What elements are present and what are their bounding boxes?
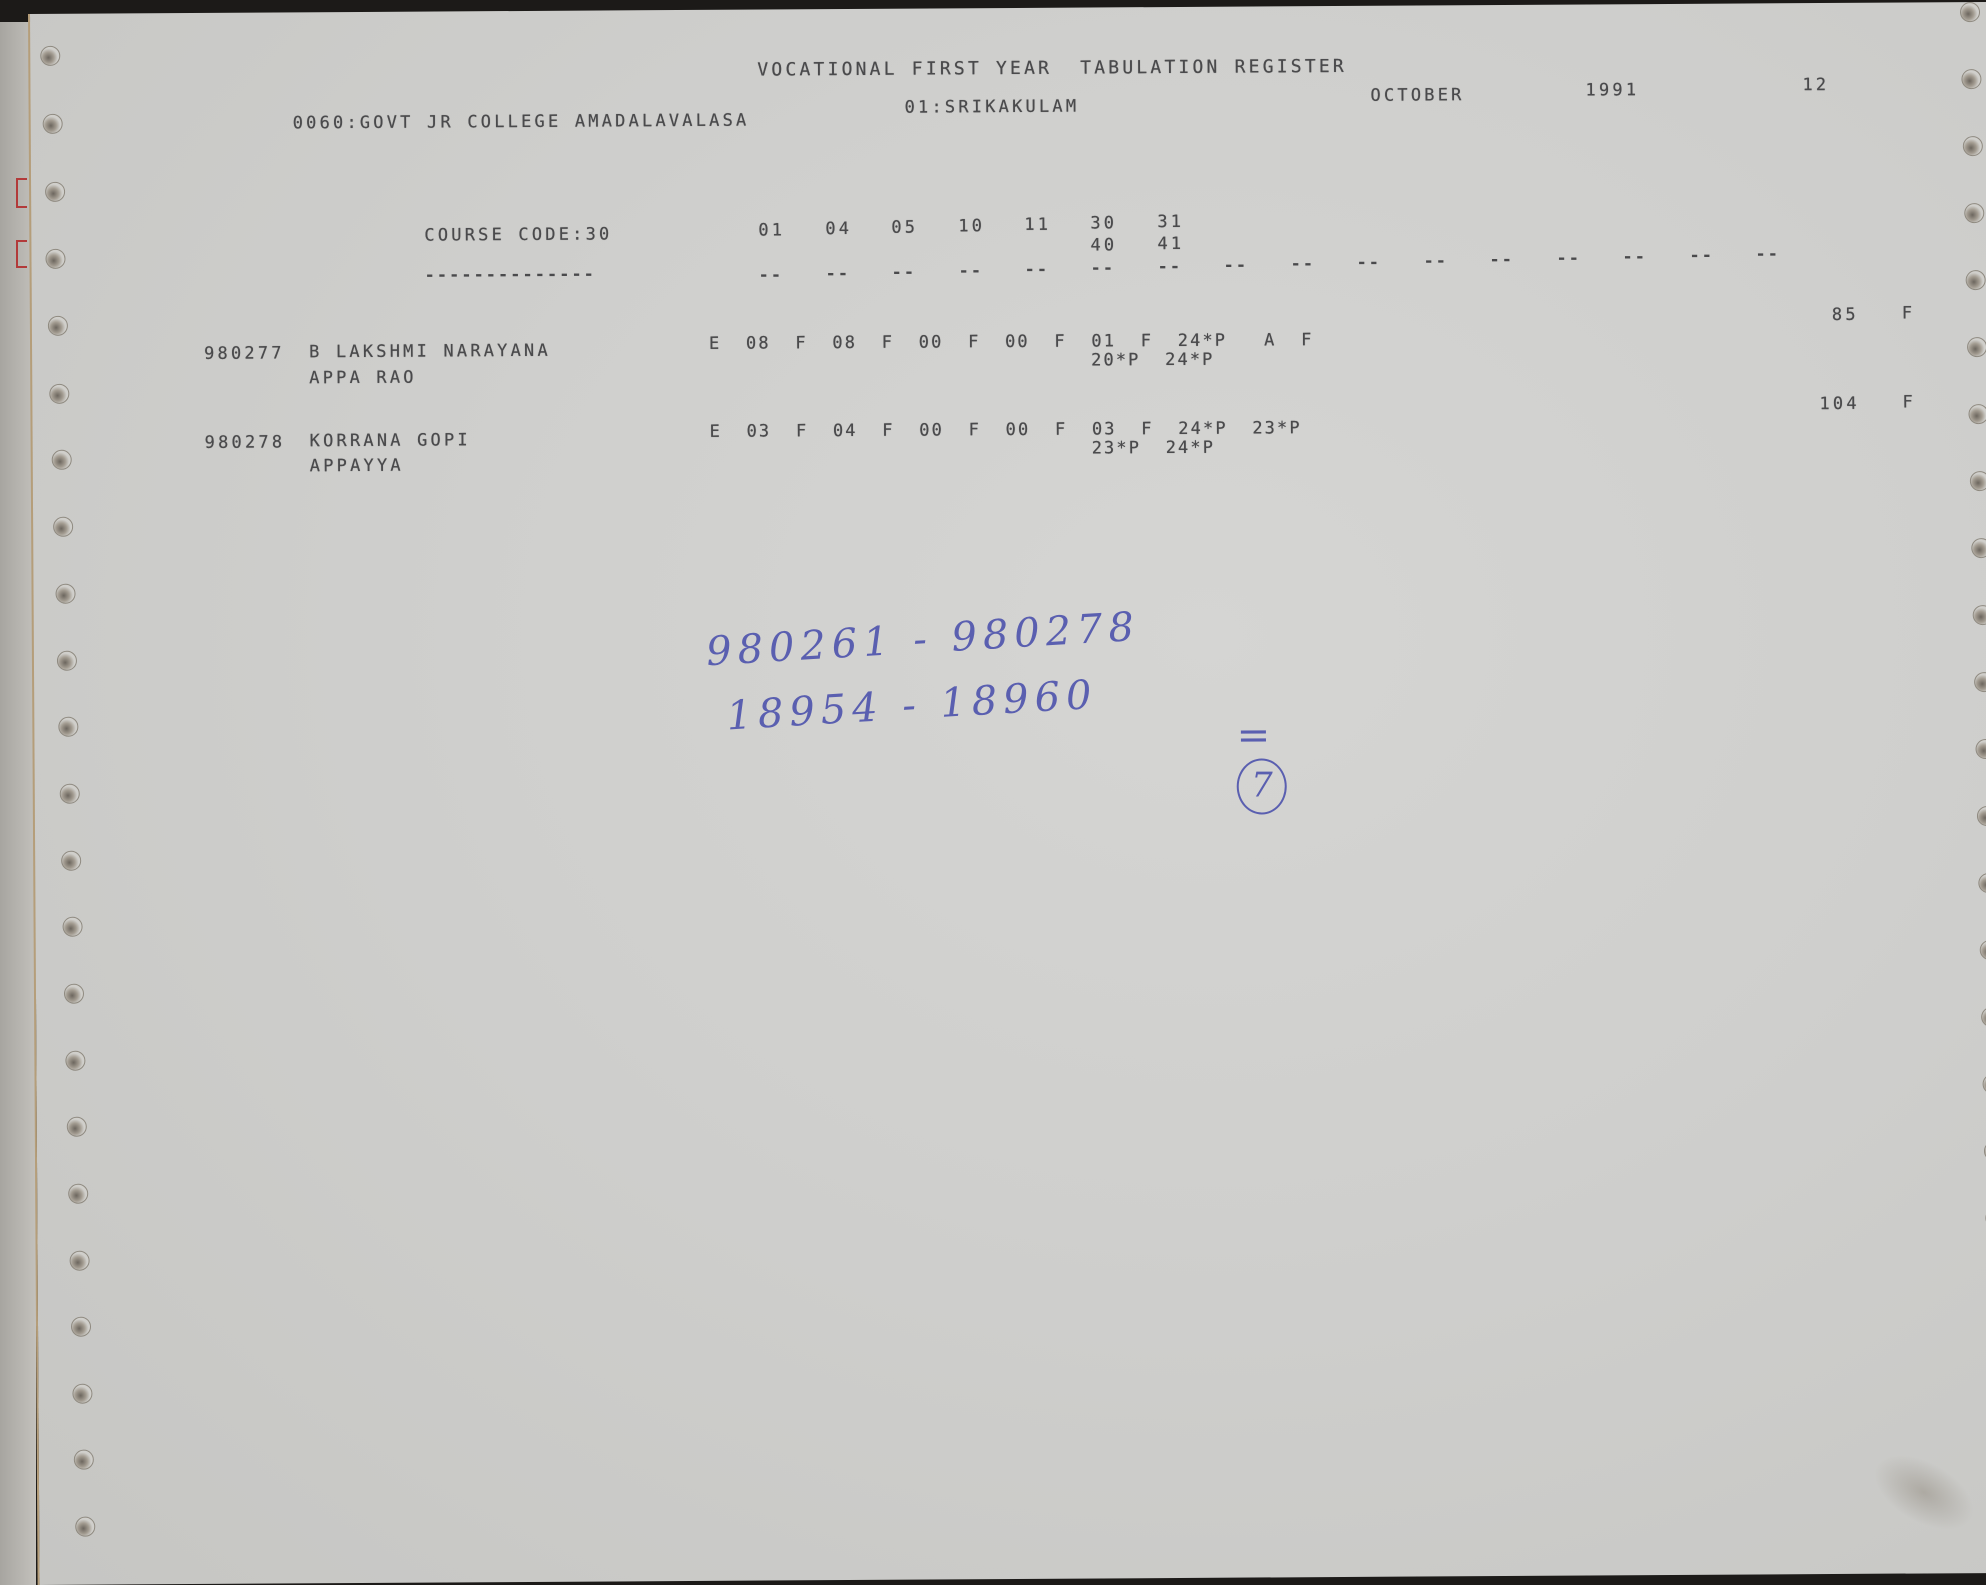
- column-header: 10: [958, 218, 985, 235]
- column-header: 01: [758, 222, 785, 239]
- district-name: 01:SRIKAKULAM: [905, 99, 1080, 117]
- course-code-label: COURSE CODE:30: [424, 226, 612, 244]
- paper-stain: [1861, 1439, 1986, 1546]
- handwritten-count: = 7: [1124, 666, 1287, 861]
- binder-hole-icon: [55, 584, 75, 604]
- binder-hole-icon: [1974, 672, 1986, 692]
- binder-hole-icon: [48, 316, 68, 336]
- column-dash: --: [1755, 244, 1780, 264]
- column-dash: --: [959, 261, 984, 281]
- subject-marks-second-line: 20*P 24*P: [1091, 352, 1214, 370]
- roll-number: 980278: [205, 434, 286, 451]
- red-margin-mark: [16, 178, 27, 208]
- binder-hole-icon: [74, 1450, 94, 1470]
- column-dash: --: [1356, 253, 1381, 273]
- binder-hole-icon: [53, 517, 73, 537]
- binder-hole-icon: [58, 717, 78, 737]
- column-header: 30: [1090, 215, 1117, 232]
- subject-marks: E 08 F 08 F 00 F 00 F 01 F 24*P A F: [709, 332, 1314, 353]
- binder-hole-icon: [1978, 873, 1986, 893]
- column-header: 04: [825, 221, 852, 238]
- binder-hole-icon: [1981, 1007, 1986, 1027]
- column-dash: --: [1025, 260, 1050, 280]
- column-header: 05: [891, 220, 918, 237]
- binder-hole-icon: [1975, 739, 1986, 759]
- exam-month: OCTOBER: [1370, 87, 1464, 105]
- binder-hole-icon: [57, 651, 77, 671]
- handwritten-roll-range: 980261 - 980278: [705, 604, 1141, 675]
- binder-hole-icon: [1968, 404, 1986, 424]
- binder-hole-icon: [1977, 806, 1986, 826]
- column-dash: --: [1423, 251, 1448, 271]
- binder-hole-icon: [1971, 538, 1986, 558]
- handwritten-serial-range: 18954 - 18960: [725, 672, 1098, 740]
- student-record: 980278 KORRANA GOPI APPAYYA E 03 F 04 F …: [30, 2, 1986, 14]
- binder-hole-icon: [1967, 337, 1986, 357]
- student-name: B LAKSHMI NARAYANA: [309, 343, 551, 361]
- column-header: 31: [1157, 214, 1184, 231]
- total-marks: 85: [1832, 307, 1859, 324]
- college-name: 0060:GOVT JR COLLEGE AMADALAVALASA: [293, 113, 750, 133]
- binder-hole-icon: [1973, 605, 1986, 625]
- equals-sign: =: [1237, 712, 1277, 758]
- column-dash: --: [1290, 254, 1315, 274]
- binder-hole-icon: [71, 1317, 91, 1337]
- result-status: F: [1902, 394, 1916, 411]
- total-marks: 104: [1819, 396, 1859, 413]
- tabulation-register-page: VOCATIONAL FIRST YEAR TABULATION REGISTE…: [28, 2, 1986, 1585]
- binder-hole-icon: [1961, 69, 1981, 89]
- student-name: KORRANA GOPI: [310, 432, 471, 450]
- binder-hole-icon: [1983, 1074, 1986, 1094]
- binder-hole-icon: [1966, 270, 1986, 290]
- column-header-second-line: 40: [1090, 237, 1117, 254]
- column-dash: --: [1223, 256, 1248, 276]
- binder-hole-icon: [1964, 203, 1984, 223]
- binder-hole-icon: [49, 384, 69, 404]
- binder-hole-icon: [75, 1517, 95, 1537]
- binder-hole-icon: [1963, 136, 1983, 156]
- binder-hole-icon: [60, 784, 80, 804]
- column-header-second-line: 41: [1157, 236, 1184, 253]
- result-status: F: [1902, 305, 1916, 322]
- binder-hole-icon: [52, 450, 72, 470]
- binder-hole-icon: [63, 917, 83, 937]
- column-header: 11: [1024, 217, 1051, 234]
- binder-hole-icon: [1980, 940, 1986, 960]
- binder-hole-icon: [45, 249, 65, 269]
- page-number: 12: [1802, 77, 1829, 94]
- binder-hole-icon: [70, 1251, 90, 1271]
- column-dash: --: [759, 265, 784, 285]
- column-separator-dashes: -- -- -- -- -- -- -- -- -- -- -- -- -- -…: [30, 2, 1986, 14]
- red-margin-mark: [16, 240, 27, 268]
- column-dash: --: [1158, 257, 1183, 277]
- exam-year: 1991: [1585, 82, 1639, 99]
- handwritten-note: 980261 - 980278 18954 - 18960 = 7: [30, 2, 1986, 14]
- binder-hole-icon: [65, 1051, 85, 1071]
- column-dash: --: [1091, 258, 1116, 278]
- binder-hole-icon: [45, 182, 65, 202]
- father-name: APPAYYA: [310, 458, 404, 476]
- column-dash: --: [1489, 250, 1514, 270]
- subject-marks-second-line: 23*P 24*P: [1092, 440, 1215, 458]
- column-dash: --: [892, 263, 917, 283]
- subject-column-headers: 01 04 05 10 11 30 31 40 41: [30, 2, 1986, 14]
- course-code-underline: --------------: [425, 265, 596, 286]
- column-dash: --: [1689, 246, 1714, 266]
- binder-hole-icon: [43, 114, 63, 134]
- column-dash: --: [1556, 249, 1581, 269]
- roll-number: 980277: [204, 345, 285, 362]
- binder-hole-icon: [40, 46, 60, 66]
- circled-count: 7: [1237, 758, 1287, 814]
- binder-hole-icon: [1970, 471, 1986, 491]
- binder-hole-icon: [68, 1184, 88, 1204]
- column-dash: --: [826, 264, 851, 284]
- father-name: APPA RAO: [309, 370, 417, 388]
- column-dash: --: [1622, 247, 1647, 267]
- binder-hole-icon: [1960, 2, 1980, 22]
- binder-hole-icon: [72, 1384, 92, 1404]
- binder-hole-icon: [64, 984, 84, 1004]
- register-title: VOCATIONAL FIRST YEAR TABULATION REGISTE…: [757, 58, 1347, 80]
- binder-hole-icon: [61, 851, 81, 871]
- student-record: 980277 B LAKSHMI NARAYANA APPA RAO E 08 …: [30, 2, 1986, 14]
- binder-hole-icon: [67, 1117, 87, 1137]
